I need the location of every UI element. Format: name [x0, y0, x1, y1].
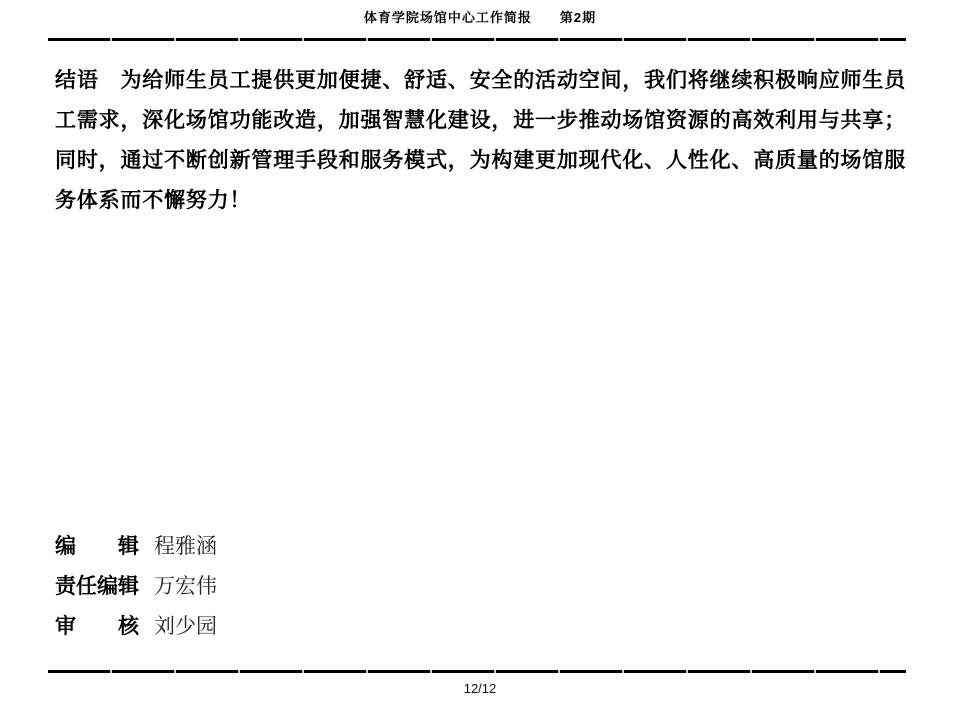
- credit-name-reviewer: 刘少园: [154, 606, 217, 646]
- credit-row-managing-editor: 责任编辑 万宏伟: [55, 566, 217, 606]
- credit-label-managing-editor: 责任编辑: [55, 566, 144, 606]
- credit-label-editor: 编 辑: [55, 526, 144, 566]
- conclusion-paragraph: 结语 为给师生员工提供更加便捷、舒适、安全的活动空间，我们将继续积极响应师生员工…: [55, 60, 906, 220]
- document-page: 体育学院场馆中心工作简报 第2期 结语 为给师生员工提供更加便捷、舒适、安全的活…: [0, 0, 960, 720]
- footer-divider-line: [48, 670, 906, 673]
- page-number: 12/12: [0, 681, 960, 696]
- header-divider-line: [48, 38, 906, 41]
- credit-row-reviewer: 审 核 刘少园: [55, 606, 217, 646]
- document-header-title: 体育学院场馆中心工作简报 第2期: [0, 7, 960, 26]
- credit-label-reviewer: 审 核: [55, 606, 144, 646]
- credit-name-editor: 程雅涵: [154, 526, 217, 566]
- credits-block: 编 辑 程雅涵 责任编辑 万宏伟 审 核 刘少园: [55, 526, 217, 646]
- credit-row-editor: 编 辑 程雅涵: [55, 526, 217, 566]
- credit-name-managing-editor: 万宏伟: [154, 566, 217, 606]
